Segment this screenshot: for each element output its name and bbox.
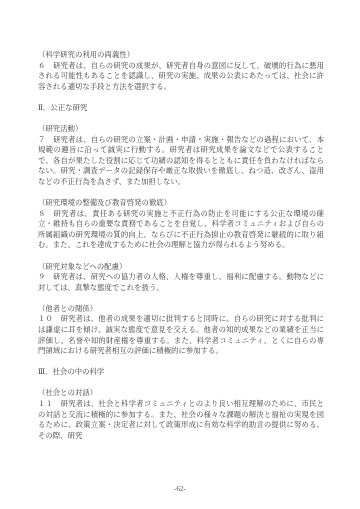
document-page: （科学研究の利用の両義性） ６ 研究者は、自らの研究の成果が、研究者自身の意図に… [0,0,360,509]
section-research-environment: （研究環境の整備及び教育啓発の徹底） ８ 研究者は、責任ある研究の実施と不正行為… [38,198,324,251]
section-research-activities: （研究活動） ７ 研究者は、自らの研究の立案・計画・申請・実施・報告などの過程に… [38,124,324,188]
section-title-2: Ⅱ．公正な研究 [38,103,324,114]
paragraph-item-8: ８ 研究者は、責任ある研究の実施と不正行為の防止を可能にする公正な環境の確立・維… [38,209,324,251]
page-number: -62- [0,485,360,493]
subheading-dialogue-with-society: （社会との対話） [38,388,324,399]
section-research-subjects: （研究対象などへの配慮） ９ 研究者は、研究への協力者の人格、人権を尊重し、福利… [38,262,324,294]
subheading-research-activities: （研究活動） [38,124,324,135]
paragraph-item-9: ９ 研究者は、研究への協力者の人格、人権を尊重し、福利に配慮する。動物などに対し… [38,272,324,293]
section-title-science-in-society: Ⅲ．社会の中の科学 [38,367,324,378]
section-title-fair-research: Ⅱ．公正な研究 [38,103,324,114]
subheading-research-subjects: （研究対象などへの配慮） [38,262,324,273]
subheading-research-use-ambivalence: （科学研究の利用の両義性） [38,50,324,61]
paragraph-item-11: １１ 研究者は、社会と科学者コミュニティとのより良い相互理解のために、市民との対… [38,399,324,441]
paragraph-item-7: ７ 研究者は、自らの研究の立案・計画・申請・実施・報告などの過程において、本規範… [38,135,324,188]
subheading-relations-with-others: （他者との関係） [38,304,324,315]
subheading-research-environment: （研究環境の整備及び教育啓発の徹底） [38,198,324,209]
section-title-3: Ⅲ．社会の中の科学 [38,367,324,378]
document-content: （科学研究の利用の両義性） ６ 研究者は、自らの研究の成果が、研究者自身の意図に… [38,50,324,452]
paragraph-item-10: １０ 研究者は、他者の成果を適切に批判すると同時に、自らの研究に対する批判には謙… [38,314,324,356]
paragraph-item-6: ６ 研究者は、自らの研究の成果が、研究者自身の意図に反して、破壊的行為に悪用され… [38,61,324,93]
section-dialogue-with-society: （社会との対話） １１ 研究者は、社会と科学者コミュニティとのより良い相互理解の… [38,388,324,441]
section-research-use-ambivalence: （科学研究の利用の両義性） ６ 研究者は、自らの研究の成果が、研究者自身の意図に… [38,50,324,92]
section-relations-with-others: （他者との関係） １０ 研究者は、他者の成果を適切に批判すると同時に、自らの研究… [38,304,324,357]
